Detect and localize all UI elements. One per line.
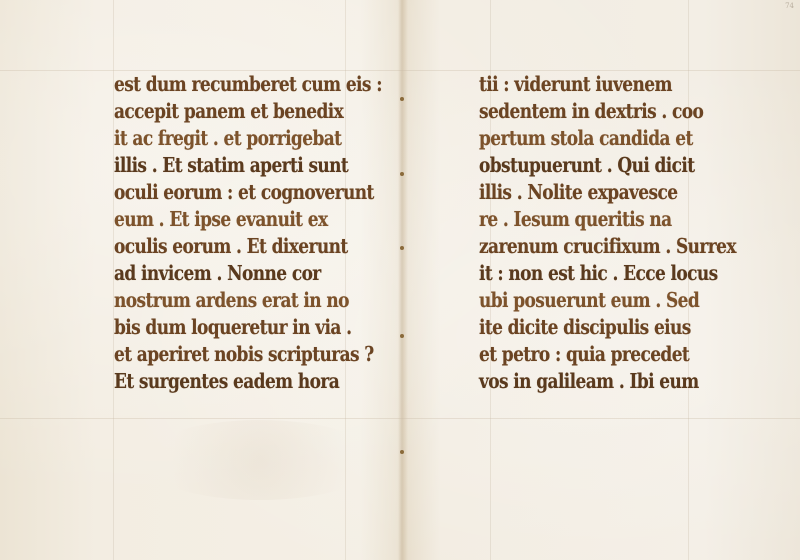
binding-hole — [400, 450, 404, 454]
text-line: vos in galileam . Ibi eum — [479, 366, 699, 398]
right-text-column: tii : viderunt iuvenem sedentem in dextr… — [479, 72, 699, 396]
binding-hole — [400, 172, 404, 176]
manuscript-spread: est dum recumberet cum eis : accepit pan… — [0, 0, 800, 560]
binding-hole — [400, 246, 404, 250]
folio-number: 74 — [785, 2, 794, 10]
binding-hole — [400, 334, 404, 338]
left-page: est dum recumberet cum eis : accepit pan… — [0, 0, 400, 560]
text-line: Et surgentes eadem hora — [114, 366, 354, 398]
binding-hole — [400, 97, 404, 101]
right-page: 74 tii : viderunt iuvenem sedentem in de… — [405, 0, 800, 560]
left-text-column: est dum recumberet cum eis : accepit pan… — [114, 72, 354, 396]
